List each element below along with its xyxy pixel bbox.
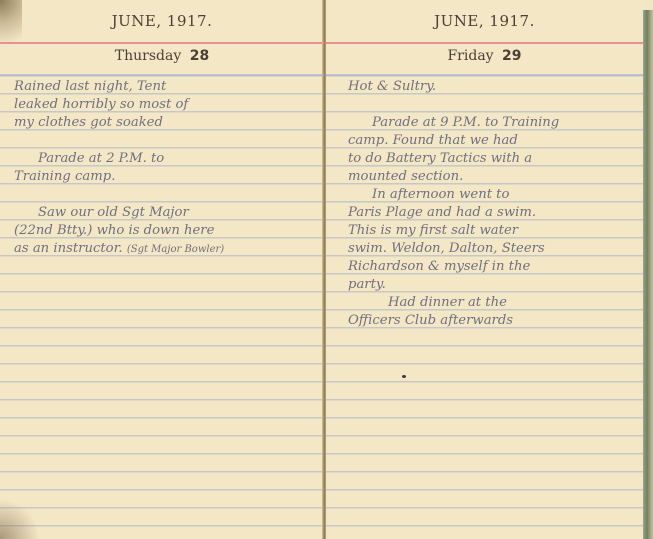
header-red-rule: [326, 42, 643, 44]
entry-line: swim. Weldon, Dalton, Steers: [348, 240, 638, 258]
entry-line: my clothes got soaked: [14, 114, 319, 132]
entry-line: In afternoon went to: [348, 186, 638, 204]
first-ruled-line: [326, 74, 643, 76]
entry-line: leaked horribly so most of: [14, 96, 319, 114]
diary-entry-friday: Hot & Sultry. Parade at 9 P.M. to Traini…: [348, 78, 638, 330]
entry-line: camp. Found that we had: [348, 132, 638, 150]
diary-entry-thursday: Rained last night, Tent leaked horribly …: [14, 78, 319, 258]
entry-text: as an instructor.: [14, 241, 123, 256]
day-number: 29: [502, 48, 521, 64]
left-page: JUNE, 1917. Thursday 28 Rained last nigh…: [0, 0, 324, 539]
spacer: [348, 96, 638, 114]
month-header: JUNE, 1917.: [326, 12, 643, 30]
entry-line: (22nd Btty.) who is down here: [14, 222, 319, 240]
entry-line: This is my first salt water: [348, 222, 638, 240]
entry-line: to do Battery Tactics with a: [348, 150, 638, 168]
entry-line: Hot & Sultry.: [348, 78, 638, 96]
margin-note: (Sgt Major Bowler): [127, 244, 224, 255]
entry-line: Training camp.: [14, 168, 319, 186]
entry-line: Parade at 2 P.M. to: [14, 150, 319, 168]
right-page: JUNE, 1917. Friday 29 Hot & Sultry. Para…: [326, 0, 643, 539]
book-cover-edge: [643, 10, 653, 539]
month-header: JUNE, 1917.: [0, 12, 324, 30]
entry-line: mounted section.: [348, 168, 638, 186]
entry-line: Parade at 9 P.M. to Training: [348, 114, 638, 132]
entry-line: Paris Plage and had a swim.: [348, 204, 638, 222]
date-heading: Thursday 28: [0, 48, 324, 64]
entry-line: Rained last night, Tent: [14, 78, 319, 96]
spacer: [14, 186, 319, 204]
weekday-label: Thursday: [115, 48, 181, 64]
day-number: 28: [190, 48, 209, 64]
first-ruled-line: [0, 74, 324, 76]
diary-spread: JUNE, 1917. Thursday 28 Rained last nigh…: [0, 0, 653, 539]
entry-line: Officers Club afterwards: [348, 312, 638, 330]
entry-line: Saw our old Sgt Major: [14, 204, 319, 222]
spacer: [14, 132, 319, 140]
entry-line-with-note: as an instructor. (Sgt Major Bowler): [14, 240, 319, 258]
entry-line: Richardson & myself in the: [348, 258, 638, 276]
page-corner-shadow: [0, 499, 40, 539]
date-heading: Friday 29: [326, 48, 643, 64]
weekday-label: Friday: [447, 48, 493, 64]
header-red-rule: [0, 42, 324, 44]
ink-spot: [402, 375, 406, 378]
entry-line: Had dinner at the: [348, 294, 638, 312]
entry-line: party.: [348, 276, 638, 294]
